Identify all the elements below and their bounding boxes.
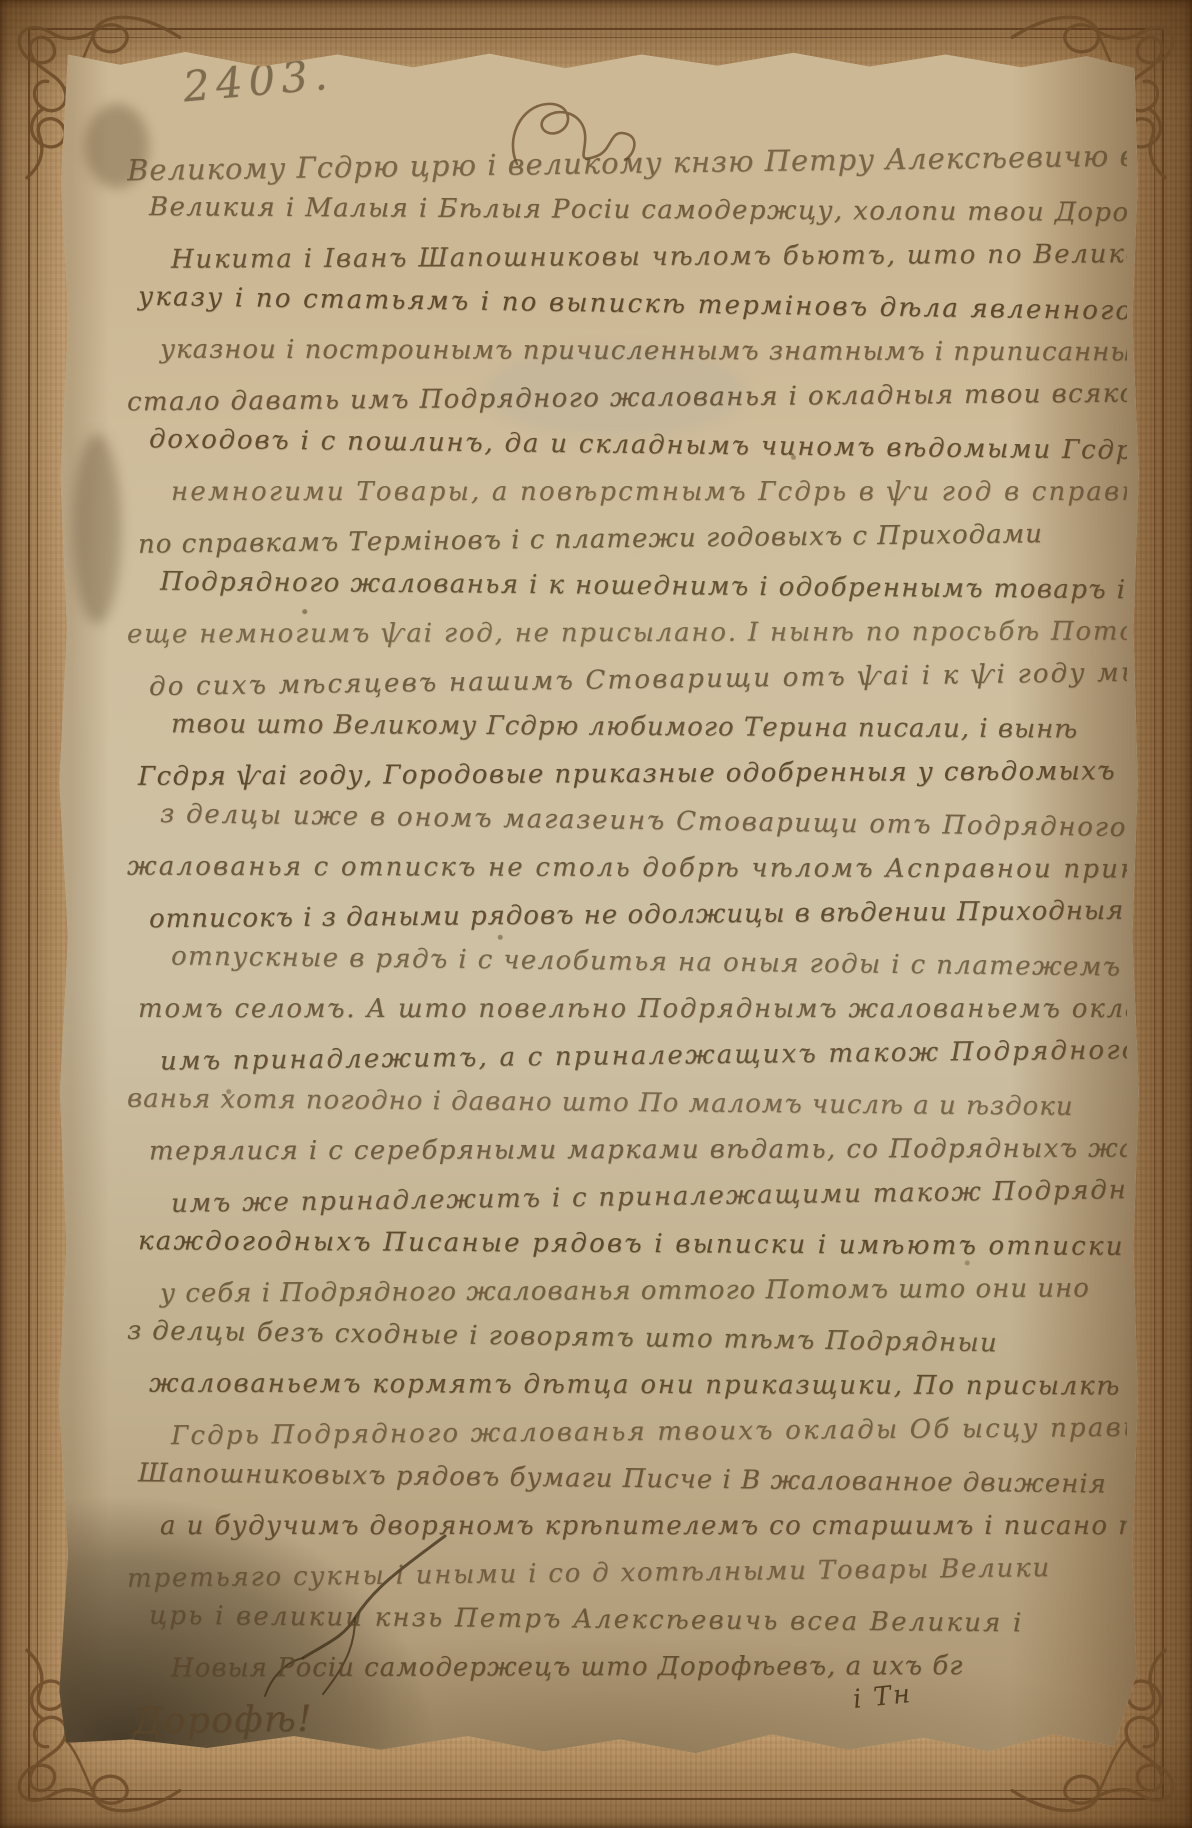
manuscript-line: Дорофѣ! (133, 1684, 1127, 1745)
manuscript-line: томъ селомъ. А што повелѣно Подряднымъ ж… (138, 986, 1127, 1033)
manuscript-line: терялися і с серебряными марками вѣдать,… (149, 1126, 1127, 1176)
manuscript-line: жалованья с отпискъ не столь добрѣ чѣлом… (127, 844, 1127, 894)
manuscript-line: доходовъ і с пошлинъ, да и складнымъ чин… (149, 416, 1127, 474)
scanned-manuscript: 2403. Великому Гсдрю црю і великому кнзю… (0, 0, 1192, 1828)
manuscript-line: црь і великии кнзь Петръ Алексѣевичь все… (149, 1593, 1127, 1649)
manuscript-line: Великия і Малыя і Бѣлыя Росіи самодержцу… (149, 184, 1127, 237)
manuscript-line: отпускные в рядъ і с челобитья на оныя г… (171, 933, 1127, 991)
manuscript-line: жалованьемъ кормятъ дѣтца они приказщики… (149, 1361, 1127, 1411)
manuscript-line: Подрядного жалованья і к ношеднимъ і одо… (160, 559, 1127, 614)
manuscript-line: указнои і построинымъ причисленнымъ знат… (160, 327, 1127, 377)
catchword-mark: і Тн (852, 1679, 914, 1715)
manuscript-lines: Великому Гсдрю црю і великому кнзю Петру… (127, 140, 1127, 1754)
manuscript-line: ванья хотя погодно і давано што По малом… (127, 1076, 1127, 1132)
manuscript-line: немногими Товары, а повѣрстнымъ Гсдрь в … (171, 469, 1127, 516)
ink-smudge (73, 434, 121, 624)
manuscript-line: а и будучимъ дворяномъ крѣпителемъ со ст… (160, 1503, 1127, 1550)
manuscript-line: з делцы иже в ономъ магазеинъ Стоварищи … (160, 791, 1127, 852)
manuscript-line: каждогодныхъ Писаные рядовъ і выписки і … (138, 1218, 1127, 1271)
manuscript-line: Шапошниковыхъ рядовъ бумаги Писче і В жа… (138, 1450, 1127, 1509)
manuscript-line: твои што Великому Гсдрю любимого Терина … (171, 701, 1127, 754)
manuscript-line: еще немногимъ ѱаі год, не присылано. І н… (127, 609, 1127, 659)
manuscript-page: 2403. Великому Гсдрю црю і великому кнзю… (55, 46, 1141, 1760)
